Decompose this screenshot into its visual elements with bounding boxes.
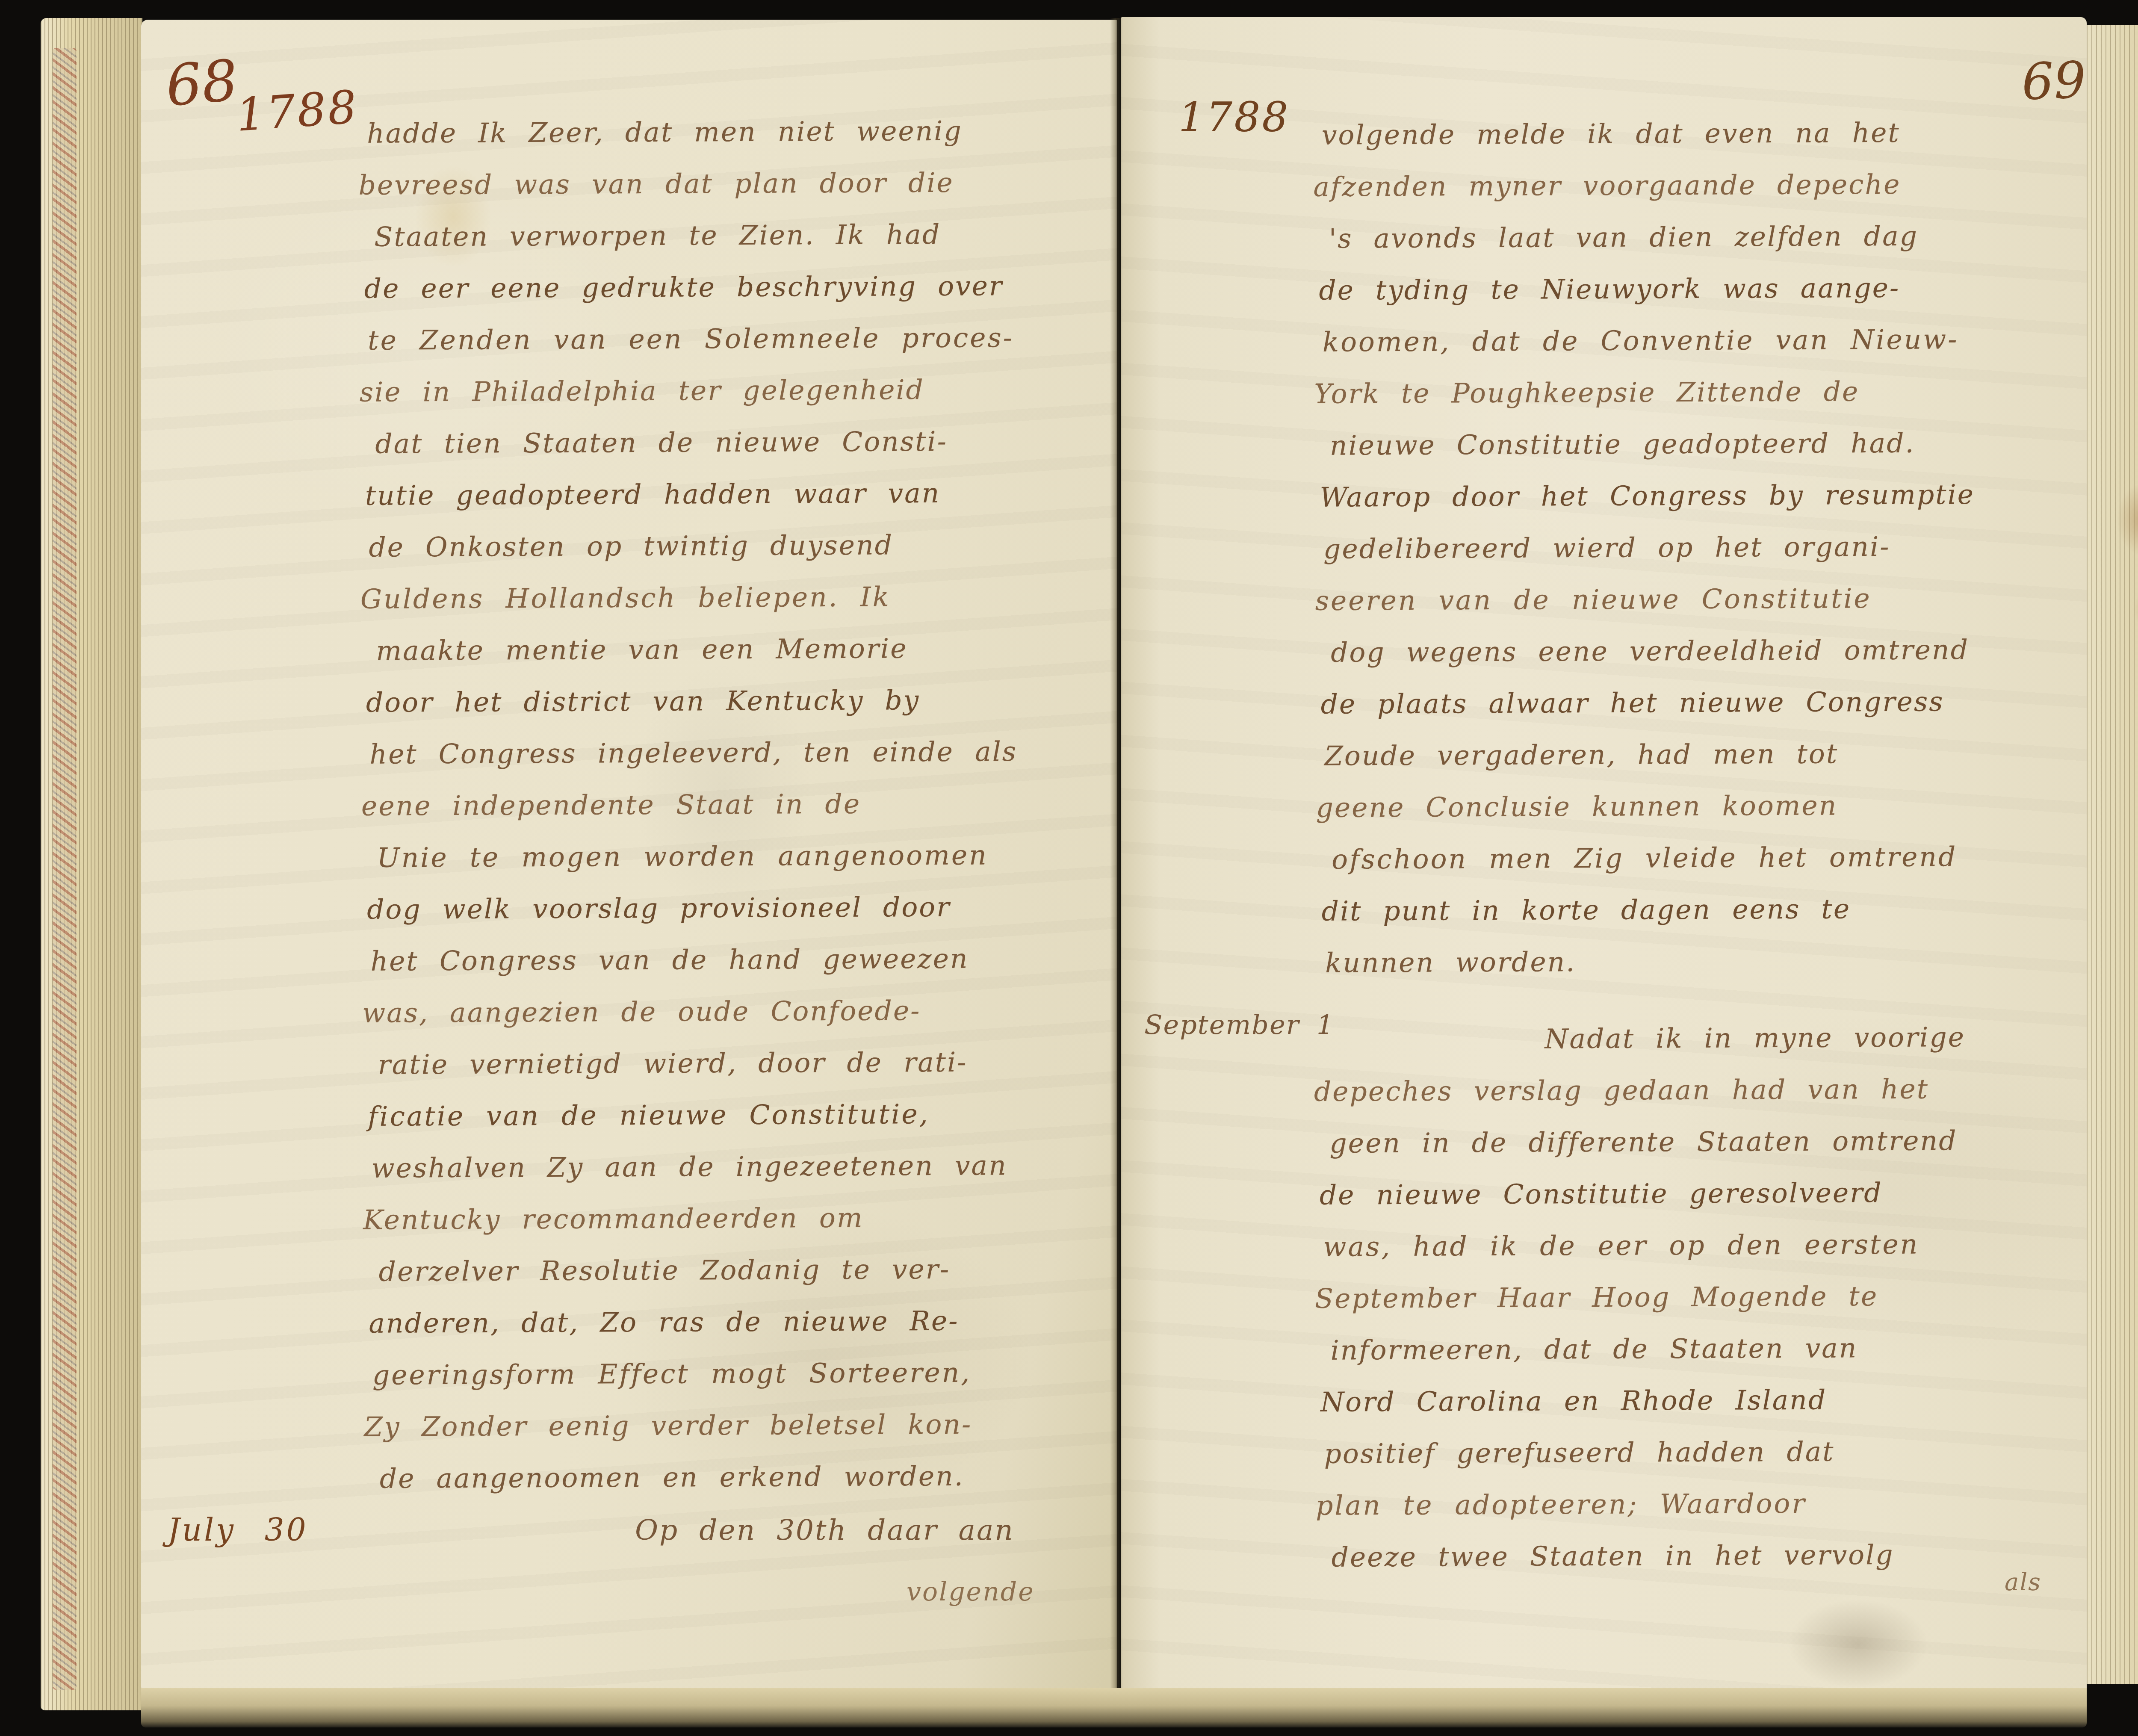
manuscript-line: te Zenden van een Solemneele proces- [368,311,1104,366]
manuscript-line: sie in Philadelphia ter gelegenheid [360,363,1104,418]
manuscript-line: Staaten verworpen te Zien. Ik had [374,208,1103,263]
manuscript-line: geen in de differente Staaten omtrend [1329,1114,2050,1169]
left-page-body-text: hadde Ik Zeer, dat men niet weenigbevree… [367,104,1108,1504]
manuscript-line: Kentucky recommandeerden om [363,1191,1107,1246]
manuscript-line: koomen, dat de Conventie van Nieuw- [1323,313,2050,368]
manuscript-line: door het district van Kentucky by [366,673,1105,729]
marbled-edge-strip [53,48,77,1690]
manuscript-line: weshalven Zy aan de ingezeetenen van [371,1139,1107,1194]
fore-edge-right [2087,25,2138,1684]
manuscript-line: de nieuwe Constitutie geresolveerd [1320,1166,2050,1221]
manuscript-line: ofschoon men Zig vleide het omtrend [1332,830,2052,885]
page-number-left: 68 [163,47,241,119]
september-margin-note: September 1 [1144,1009,1334,1040]
date-margin-note: July 30 [168,1512,308,1548]
manuscript-line: het Congress ingeleeverd, ten einde als [369,725,1105,780]
gutter [1110,18,1123,1692]
manuscript-line: gedelibereerd wierd op het organi- [1323,520,2051,575]
catchword-left: volgende [907,1577,1035,1607]
manuscript-line: Zy Zonder eenig verder beletsel kon- [364,1398,1108,1453]
page-number-right: 69 [2021,50,2087,111]
manuscript-line: eene independente Staat in de [361,777,1106,832]
manuscript-line: was, had ik de eer op den eersten [1323,1218,2050,1272]
manuscript-line: Nord Carolina en Rhode Island [1320,1373,2051,1428]
manuscript-line: informeeren, dat de Staaten van [1330,1321,2051,1376]
manuscript-line: Zoude vergaderen, had men tot [1324,727,2052,782]
manuscript-line: deeze twee Staaten in het vervolg [1331,1528,2052,1583]
manuscript-line: dog wegens eene verdeeldheid omtrend [1331,623,2051,678]
manuscript-line: volgende melde ik dat even na het [1322,106,2049,161]
manuscript-line: de aangenoomen en erkend worden. [380,1450,1109,1504]
manuscript-line: de tyding te Nieuwyork was aange- [1319,261,2049,316]
manuscript-line: depeches verslag gedaan had van het [1314,1063,2050,1118]
bottom-page-edge [141,1688,2087,1727]
manuscript-line: York te Poughkeepsie Zittende de [1314,365,2050,420]
manuscript-line: dat tien Staaten de nieuwe Consti- [375,415,1104,469]
manuscript-line: Unie te mogen worden aangenoomen [377,829,1106,883]
right-page-paragraph-1: volgende melde ik dat even na hetafzende… [1322,106,2052,989]
manuscript-line: ficatie van de nieuwe Constitutie, [368,1087,1107,1143]
manuscript-line: maakte mentie van een Memorie [376,622,1105,676]
manuscript-line: Guldens Hollandsch beliepen. Ik [360,570,1105,625]
manuscript-line: kunnen worden. [1325,934,2052,989]
manuscript-line: September Haar Hoog Mogende te [1315,1270,2051,1325]
manuscript-line: positief gerefuseerd hadden dat [1324,1425,2051,1479]
manuscript-line: afzenden myner voorgaande depeche [1313,158,2049,213]
manuscript-line: seeren van de nieuwe Constitutie [1315,572,2051,627]
manuscript-line: was, aangezien de oude Confoede- [362,984,1107,1039]
catchword-right: als [2005,1568,2041,1596]
manuscript-line: Waarop door het Congress by resumptie [1320,468,2050,523]
year-label-right: 1788 [1178,93,1290,141]
manuscript-line: hadde Ik Zeer, dat men niet weenig [367,104,1103,159]
right-page-paragraph-2: Nadat ik in myne voorigedepeches verslag… [1322,1011,2052,1583]
photo-black-backdrop: { "scene": { "description": "Open handwr… [0,0,2138,1736]
manuscript-line: anderen, dat, Zo ras de nieuwe Re- [369,1294,1108,1349]
year-label-left: 1788 [234,80,360,142]
fore-edge-left [41,18,142,1710]
manuscript-line: de plaats alwaar het nieuwe Congress [1320,675,2051,730]
manuscript-line: dit punt in korte dagen eens te [1321,882,2052,937]
manuscript-line: 's avonds laat van dien zelfden dag [1329,210,2049,264]
date-line: Op den 30th daar aan [635,1514,1014,1547]
manuscript-line: bevreesd was van dat plan door die [358,156,1103,211]
manuscript-line: ratie vernietigd wierd, door de rati- [378,1036,1107,1090]
manuscript-line: dog welk voorslag provisioneel door [367,880,1106,936]
manuscript-line: het Congress van de hand geweezen [370,932,1106,987]
manuscript-line: tutie geadopteerd hadden waar van [365,466,1104,522]
manuscript-line: nieuwe Constitutie geadopteerd had. [1330,416,2050,471]
manuscript-line: de Onkosten op twintig duysend [369,518,1104,573]
manuscript-line: plan te adopteeren; Waardoor [1316,1476,2052,1532]
manuscript-line: derzelver Resolutie Zodanig te ver- [378,1243,1107,1297]
manuscript-line: Nadat ik in myne voorige [1544,1011,2049,1065]
manuscript-line: geeringsform Effect mogt Sorteeren, [372,1346,1108,1401]
manuscript-line: de eer eene gedrukte beschryving over [364,260,1103,315]
manuscript-line: geene Conclusie kunnen koomen [1316,779,2052,834]
